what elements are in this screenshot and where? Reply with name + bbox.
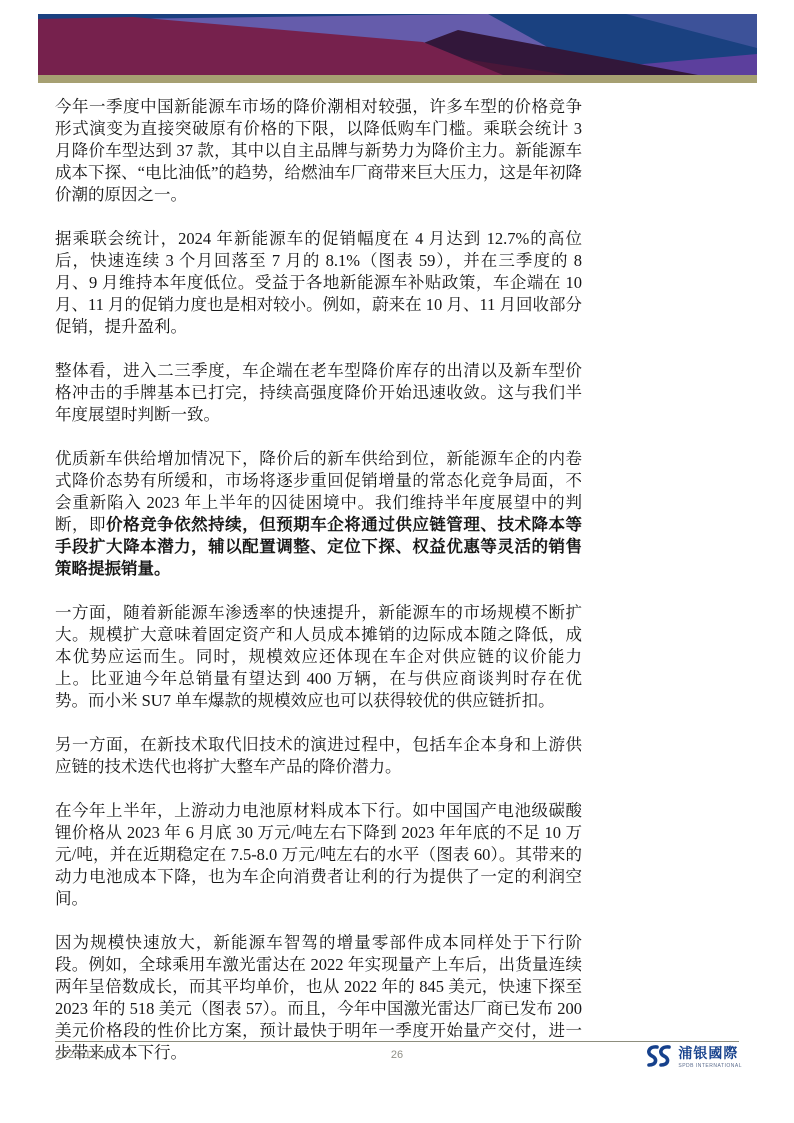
report-page: 今年一季度中国新能源车市场的降价潮相对较强，许多车型的价格竞争形式演变为直接突破… xyxy=(0,0,794,1123)
paragraph-7: 在今年上半年，上游动力电池原材料成本下行。如中国国产电池级碳酸锂价格从 2023… xyxy=(55,800,582,910)
paragraph-3: 整体看，进入二三季度，车企端在老车型降价库存的出清以及新车型价格冲击的手牌基本已… xyxy=(55,360,582,426)
brand-name-zh: 浦银國際 xyxy=(678,1048,742,1062)
brand-name: 浦银國際 SPDB INTERNATIONAL xyxy=(678,1048,742,1069)
paragraph-4-bold-text: 价格竞争依然持续，但预期车企将通过供应链管理、技术降本等手段扩大降本潜力，辅以配… xyxy=(55,515,582,578)
brand-name-en: SPDB INTERNATIONAL xyxy=(678,1064,742,1069)
footer-divider xyxy=(55,1041,739,1042)
paragraph-5: 一方面，随着新能源车渗透率的快速提升，新能源车的市场规模不断扩大。规模扩大意味着… xyxy=(55,602,582,712)
spdb-logo-icon xyxy=(644,1044,674,1073)
page-footer: 2024-12-11 26 浦银國際 SPDB INTERNATIONAL xyxy=(0,1036,794,1096)
body-text: 今年一季度中国新能源车市场的降价潮相对较强，许多车型的价格竞争形式演变为直接突破… xyxy=(55,96,582,1086)
paragraph-6: 另一方面，在新技术取代旧技术的演进过程中，包括车企本身和上游供应链的技术迭代也将… xyxy=(55,734,582,778)
brand-logo: 浦银國際 SPDB INTERNATIONAL xyxy=(644,1044,742,1073)
paragraph-4: 优质新车供给增加情况下，降价后的新车供给到位，新能源车企的内卷式降价态势有所缓和… xyxy=(55,448,582,580)
banner-graphic xyxy=(38,14,757,83)
header-banner xyxy=(38,14,757,83)
paragraph-2: 据乘联会统计，2024 年新能源车的促销幅度在 4 月达到 12.7%的高位后，… xyxy=(55,228,582,338)
paragraph-1: 今年一季度中国新能源车市场的降价潮相对较强，许多车型的价格竞争形式演变为直接突破… xyxy=(55,96,582,206)
